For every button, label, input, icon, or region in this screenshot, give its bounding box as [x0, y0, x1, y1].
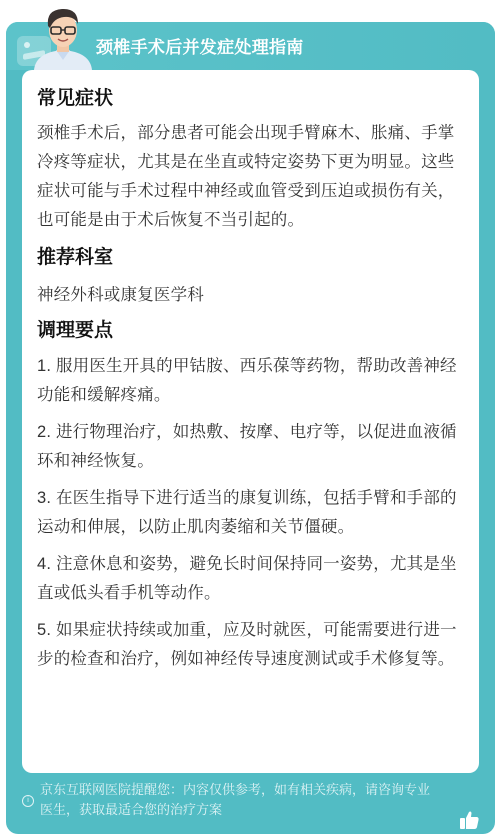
- info-icon: i: [22, 795, 34, 807]
- section-title-care: 调理要点: [37, 318, 465, 344]
- list-item: 4. 注意休息和姿势，避免长时间保持同一姿势，尤其是坐直或低头看手机等动作。: [37, 550, 465, 608]
- department-text: 神经外科或康复医学科: [37, 281, 465, 310]
- content-panel: 常见症状 颈椎手术后，部分患者可能会出现手臂麻木、胀痛、手掌冷疼等症状，尤其是在…: [22, 70, 479, 773]
- page-title: 颈椎手术后并发症处理指南: [96, 33, 304, 58]
- guide-card: 颈椎手术后并发症处理指南 常见症状 颈椎手术后，部分患者可能会出现手臂麻木、胀痛…: [6, 22, 495, 834]
- list-item: 3. 在医生指导下进行适当的康复训练，包括手臂和手部的运动和伸展，以防止肌肉萎缩…: [37, 484, 465, 542]
- list-item: 2. 进行物理治疗，如热敷、按摩、电疗等，以促进血液循环和神经恢复。: [37, 418, 465, 476]
- list-item: 5. 如果症状持续或加重，应及时就医，可能需要进行进一步的检查和治疗，例如神经传…: [37, 616, 465, 674]
- doctor-avatar: [28, 4, 98, 70]
- disclaimer-footer: i 京东互联网医院提醒您：内容仅供参考，如有相关疾病，请咨询专业医生，获取最适合…: [20, 780, 440, 820]
- section-title-symptoms: 常见症状: [37, 86, 465, 112]
- care-list: 1. 服用医生开具的甲钴胺、西乐葆等药物，帮助改善神经功能和缓解疼痛。 2. 进…: [37, 352, 465, 674]
- symptoms-text: 颈椎手术后，部分患者可能会出现手臂麻木、胀痛、手掌冷疼等症状，尤其是在坐直或特定…: [37, 119, 465, 235]
- list-item: 1. 服用医生开具的甲钴胺、西乐葆等药物，帮助改善神经功能和缓解疼痛。: [37, 352, 465, 410]
- section-title-department: 推荐科室: [37, 245, 465, 271]
- disclaimer-text: 京东互联网医院提醒您：内容仅供参考，如有相关疾病，请咨询专业医生，获取最适合您的…: [20, 780, 440, 820]
- thumbs-up-icon[interactable]: [458, 809, 480, 831]
